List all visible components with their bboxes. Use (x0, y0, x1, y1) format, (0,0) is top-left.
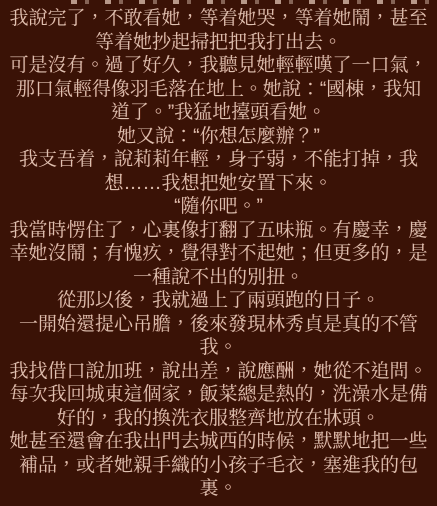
clipped-line-remnant (62, 0, 429, 4)
novel-paragraph: 我支吾着，說莉莉年輕，身子弱，不能打掉，我想……我想把她安置下來。 (8, 148, 429, 195)
novel-paragraph: 我找借口說加班，說出差，說應酬，她從不追問。 (8, 360, 429, 384)
novel-text-body: 我說完了，不敢看她，等着她哭，等着她鬧，甚至等着她抄起掃把把我打出去。可是沒有。… (0, 7, 437, 501)
novel-paragraph: 她又說：“你想怎麼辦？” (8, 125, 429, 149)
novel-paragraph: 可是沒有。過了好久，我聽見她輕輕嘆了一口氣，那口氣輕得像羽毛落在地上。她說：“國… (8, 54, 429, 125)
novel-paragraph: 從那以後，我就過上了兩頭跑的日子。 (8, 289, 429, 313)
novel-paragraph: 我說完了，不敢看她，等着她哭，等着她鬧，甚至等着她抄起掃把把我打出去。 (8, 7, 429, 54)
novel-reader-page: 我說完了，不敢看她，等着她哭，等着她鬧，甚至等着她抄起掃把把我打出去。可是沒有。… (0, 0, 437, 506)
novel-paragraph: 每次我回城東這個家，飯菜總是熱的，洗澡水是備好的，我的換洗衣服整齊地放在牀頭。 (8, 383, 429, 430)
novel-paragraph: 我當時愣住了，心裏像打翻了五味瓶。有慶幸，慶幸她沒鬧；有愧疚，覺得對不起她；但更… (8, 219, 429, 290)
novel-paragraph: 她甚至還會在我出門去城西的時候，默默地把一些補品，或者她親手織的小孩子毛衣，塞進… (8, 430, 429, 501)
novel-paragraph: “隨你吧。” (8, 195, 429, 219)
novel-paragraph: 一開始還提心吊膽，後來發現林秀貞是真的不管我。 (8, 313, 429, 360)
